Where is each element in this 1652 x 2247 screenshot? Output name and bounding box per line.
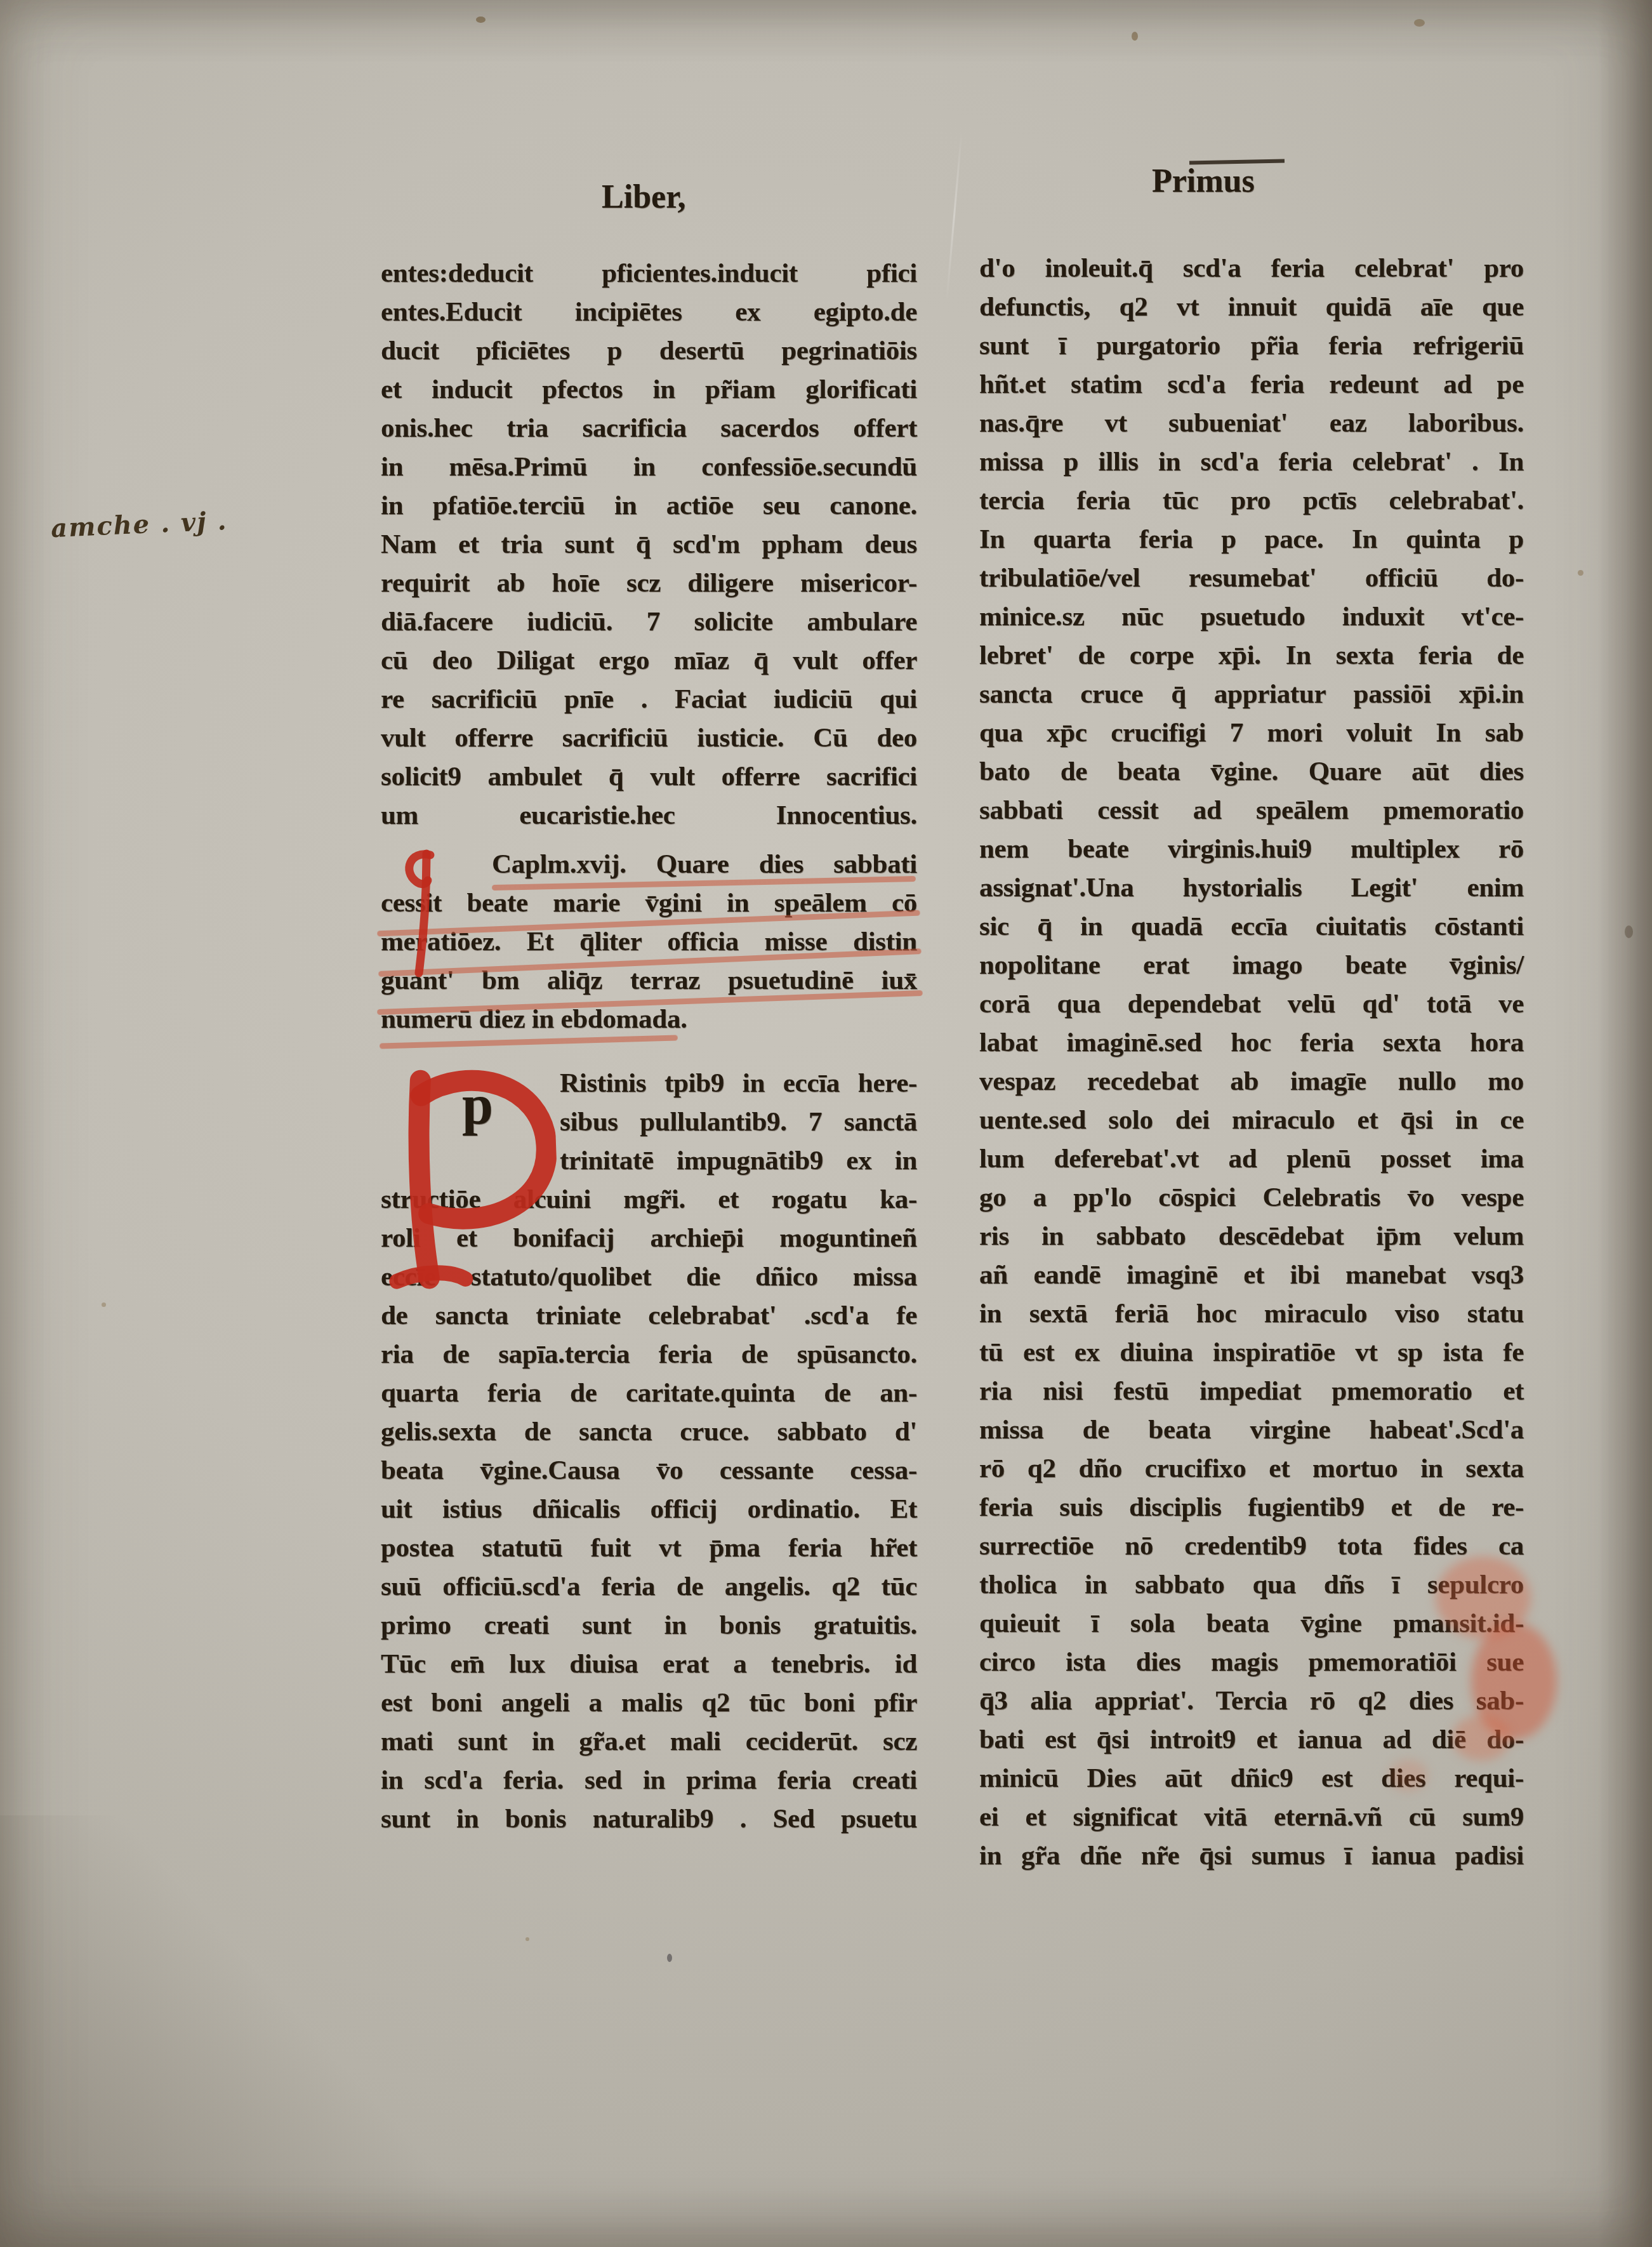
text-line: qua xp̄c crucifigi 7 mori voluit In sab [979,713,1524,752]
text-line: sunt ī purgatorio pr̃ia feria refrigeriū [979,326,1524,365]
text-line: cū deo Diligat ergo mīaz q̄ vult offer [381,641,917,680]
text-line: surrectiōe nō credentib9 tota fides ca [979,1527,1524,1565]
text-line: d'o inoleuit.q̄ scd'a feria celebrat' pr… [979,249,1524,288]
text-line: In quarta feria p pace. In quinta p [979,520,1524,559]
text-line: lebret' de corpe xp̄i. In sexta feria de [979,636,1524,675]
text-line: assignat'.Una hystorialis Legit' enim [979,868,1524,907]
text-line: Tūc em̄ lux diuisa erat a tenebris. id [381,1645,917,1683]
text-line: de sancta triniate celebrabat' .scd'a fe [381,1296,917,1335]
page-edge-nick [1625,925,1633,938]
text-line: tribulatiōe/vel resumebat' officiū do- [979,559,1524,597]
text-line: beata v̄gine.Causa v̄o cessante cessa- [381,1451,917,1490]
text-line: lum deferebat'.vt ad plenū posset ima [979,1139,1524,1178]
text-line: nem beate virginis.hui9 multiplex rō [979,830,1524,868]
text-line: defunctis, q2 vt innuit quidā aīe que [979,288,1524,326]
text-line: circo ista dies magis pmemoratiōi sue [979,1643,1524,1681]
text-line: sancta cruce q̄ appriatur passiōi xp̄i.i… [979,675,1524,713]
text-line: requirit ab hoīe scz diligere misericor- [381,564,917,602]
text-line: tū est ex diuina inspiratiōe vt sp ista … [979,1333,1524,1372]
left-text-column: entes:deducit pficientes.inducit pficien… [381,254,917,1838]
text-line: mati sunt in gr̃a.et mali ceciderūt. scz [381,1722,917,1761]
right-text-column: d'o inoleuit.q̄ scd'a feria celebrat' pr… [979,249,1524,1875]
text-line: go a pp'lo cōspici Celebratis v̄o vespe [979,1178,1524,1217]
ink-speck [667,1954,672,1962]
text-line: missa de beata virgine habeat'.Scd'a [979,1410,1524,1449]
text-line: solicit9 ambulet q̄ vult offerre sacrifi… [381,757,917,796]
text-line: tercia feria tūc pro pctīs celebrabat'. [979,481,1524,520]
text-line: ei et significat vitā eternā.vñ cū sum9 [979,1798,1524,1836]
manuscript-margin-note: amche . vj . [50,503,318,543]
foxing-speck [1414,19,1425,27]
book-page-photo: Liber, Primus amche . vj . entes:deducit… [0,0,1652,2247]
text-line: in gr̃a dñe nr̃e q̄si sumus ī ianua padi… [979,1836,1524,1875]
text-line: ria nisi festū impediat pmemoratio et [979,1372,1524,1410]
foxing-speck [1132,32,1138,41]
red-stain [1389,1760,1428,1791]
text-line: in sextā feriā hoc miraculo viso statu [979,1294,1524,1333]
text-line: re sacrificiū pnīe . Faciat iudiciū qui [381,680,917,719]
text-line: corā qua dependebat velū qd' totā ve [979,984,1524,1023]
text-line: postea statutū fuit vt p̄ma feria hr̃et [381,1528,917,1567]
text-line: feria suis disciplis fugientib9 et de re… [979,1488,1524,1527]
text-line: primo creati sunt in bonis gratuitis. [381,1606,917,1645]
paper-crease-line [946,130,963,301]
right-column-lines: d'o inoleuit.q̄ scd'a feria celebrat' pr… [979,249,1524,1875]
text-line: quarta feria de caritate.quinta de an- [381,1374,917,1412]
red-pilcrow-icon [397,846,446,981]
text-line: sunt in bonis naturalib9 . Sed psuetu [381,1800,917,1838]
chapter-heading: Caplm.xvij. Quare dies sabbaticessit bea… [381,845,917,1038]
paragraph-2: p Ristinis tpib9 in eccīa here-sibus pul… [381,1064,917,1838]
text-line: sabbati cessit ad speālem pmemoratio [979,791,1524,830]
running-header-primus: Primus [1152,165,1255,198]
guide-letter: p [462,1078,493,1134]
text-line: ducit pficiētes p desertū pegrinatiōis [381,331,917,370]
text-line: nas.q̄re vt subueniat' eaz laboribus. [979,404,1524,442]
text-line: missa p illis in scd'a feria celebrat' .… [979,442,1524,481]
text-line: vespaz recedebat ab imagīe nullo mo [979,1062,1524,1101]
text-line: diā.facere iudiciū. 7 solicite ambulare [381,602,917,641]
text-line: entes:deducit pficientes.inducit pfici [381,254,917,293]
text-line: gelis.sexta de sancta cruce. sabbato d' [381,1412,917,1451]
text-line: ris in sabbato descēdebat ip̄m velum [979,1217,1524,1256]
text-line: minicū Dies aūt dñic9 est dies requi- [979,1759,1524,1798]
text-line: vult offerre sacrificiū iusticie. Cū deo [381,719,917,757]
text-line: onis.hec tria sacrificia sacerdos offert [381,409,917,447]
text-line: nopolitane erat imago beate v̄ginis/ [979,946,1524,984]
text-line: sic q̄ in quadā eccīa ciuitatis cōstanti [979,907,1524,946]
text-line: labat imaginē.sed hoc feria sexta hora [979,1023,1524,1062]
text-line: Nam et tria sunt q̄ scd'm ppham deus [381,525,917,564]
text-line: q̄3 alia appriat'. Tercia rō q2 dies sab… [979,1681,1524,1720]
foxing-speck [525,1937,529,1941]
text-line: añ eandē imaginē et ibi manebat vsq3 [979,1256,1524,1294]
text-line: numerū diez in ebdomada. [381,1000,917,1038]
text-line: minice.sz nūc psuetudo induxit vt'ce- [979,597,1524,636]
paragraph-1: entes:deducit pficientes.inducit pficien… [381,254,917,835]
foxing-speck [1578,570,1583,576]
red-stain [1452,1715,1510,1761]
text-line: suū officiū.scd'a feria de angelis. q2 t… [381,1567,917,1606]
text-line: uente.sed solo dei miraculo et q̄si in c… [979,1101,1524,1139]
text-line: bati est q̄si introit9 et ianua ad diē d… [979,1720,1524,1759]
text-line: bato de beata v̄gine. Quare aūt dies [979,752,1524,791]
text-line: in pfatiōe.terciū in actiōe seu canone. [381,486,917,525]
foxing-speck [476,17,486,23]
text-line: in mēsa.Primū in confessiōe.secundū [381,447,917,486]
page-edge-shading [1598,0,1652,2247]
text-line: hñt.et statim scd'a feria redeunt ad pe [979,365,1524,404]
text-line: ria de sapīa.tercia feria de spūsancto. [381,1335,917,1374]
page-crease-shadow [0,1815,520,2247]
running-header-liber: Liber, [602,181,685,214]
text-line: um eucaristie.hec Innocentius. [381,796,917,835]
text-line: est boni angeli a malis q2 tūc boni pfir [381,1683,917,1722]
text-line: uit istius dñicalis officij ordinatio. E… [381,1490,917,1528]
text-line: entes.Educit incipiētes ex egipto.de [381,293,917,331]
foxing-speck [102,1302,106,1307]
text-line: et inducit pfectos in pr̃iam glorificati [381,370,917,409]
text-line: in scd'a feria. sed in prima feria creat… [381,1761,917,1800]
text-line: rō q2 dño crucifixo et mortuo in sexta [979,1449,1524,1488]
